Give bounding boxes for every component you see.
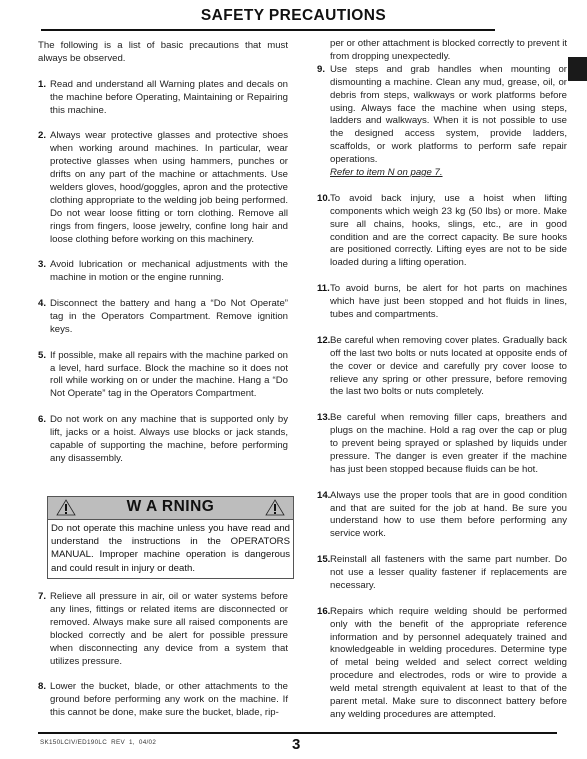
item-text: Read and understand all Warning plates a… [50, 79, 288, 118]
item-number: 9. [317, 64, 325, 77]
precaution-item-12: 12. Be careful when removing cover plate… [317, 335, 567, 400]
item-text: Repairs which require welding should be … [330, 606, 567, 722]
precaution-item-14: 14. Always use the proper tools that are… [317, 490, 567, 542]
item-text: To avoid burns, be alert for hot parts o… [330, 283, 567, 322]
item-text: Reinstall all fasteners with the same pa… [330, 554, 567, 593]
precaution-item-7: 7. Relieve all pressure in air, oil or w… [38, 591, 288, 668]
item-number: 7. [38, 591, 46, 604]
item-number: 5. [38, 350, 46, 363]
precaution-item-4: 4. Disconnect the battery and hang a “Do… [38, 298, 288, 337]
item-text: Always wear protective glasses and prote… [50, 130, 288, 246]
item-text: Disconnect the battery and hang a “Do No… [50, 298, 288, 337]
section-thumb-tab [568, 57, 587, 81]
item-text: If possible, make all repairs with the m… [50, 350, 288, 402]
page-number: 3 [292, 736, 300, 753]
item-text: To avoid back injury, use a hoist when l… [330, 193, 567, 270]
item-number: 14. [317, 490, 330, 503]
item-number: 8. [38, 681, 46, 694]
item-text: Be careful when removing filler caps, br… [330, 412, 567, 477]
item-text: Avoid lubrication or mechanical adjustme… [50, 259, 288, 285]
item-number: 15. [317, 554, 330, 567]
precaution-item-13: 13. Be careful when removing filler caps… [317, 412, 567, 477]
left-column: The following is a list of basic precaut… [38, 40, 288, 479]
precaution-item-2: 2. Always wear protective glasses and pr… [38, 130, 288, 246]
precaution-item-11: 11. To avoid burns, be alert for hot par… [317, 283, 567, 322]
item-8-continuation: per or other attachment is blocked corre… [317, 38, 567, 64]
precaution-item-5: 5. If possible, make all repairs with th… [38, 350, 288, 402]
intro-paragraph: The following is a list of basic precaut… [38, 40, 288, 66]
item-number: 2. [38, 130, 46, 143]
item-text: Always use the proper tools that are in … [330, 490, 567, 542]
precaution-item-3: 3. Avoid lubrication or mechanical adjus… [38, 259, 288, 285]
page-title: SAFETY PRECAUTIONS [0, 7, 587, 25]
item-number: 10. [317, 193, 330, 206]
item-number: 4. [38, 298, 46, 311]
left-column-lower: 7. Relieve all pressure in air, oil or w… [38, 591, 288, 733]
precaution-item-16: 16. Repairs which require welding should… [317, 606, 567, 722]
cross-reference-link[interactable]: Refer to item N on page 7. [330, 167, 567, 180]
precaution-item-9: 9. Use steps and grab handles when mount… [317, 64, 567, 180]
precaution-item-10: 10. To avoid back injury, use a hoist wh… [317, 193, 567, 270]
item-text: Lower the bucket, blade, or other attach… [50, 681, 288, 720]
document-id: SK150LCIV/ED190LC REV 1, 04/02 [40, 739, 156, 746]
precaution-item-8: 8. Lower the bucket, blade, or other att… [38, 681, 288, 720]
item-number: 12. [317, 335, 330, 348]
warning-box: W A RNING Do not operate this machine un… [47, 496, 294, 579]
warning-header: W A RNING [48, 497, 293, 520]
precaution-item-6: 6. Do not work on any machine that is su… [38, 414, 288, 466]
right-column: per or other attachment is blocked corre… [317, 38, 567, 735]
item-text: Be careful when removing cover plates. G… [330, 335, 567, 400]
precaution-item-1: 1. Read and understand all Warning plate… [38, 79, 288, 118]
item-number: 1. [38, 79, 46, 92]
item-text: Relieve all pressure in air, oil or wate… [50, 591, 288, 668]
item-text: Use steps and grab handles when mounting… [330, 64, 567, 167]
precaution-item-15: 15. Reinstall all fasteners with the sam… [317, 554, 567, 593]
item-number: 16. [317, 606, 330, 619]
item-number: 11. [317, 283, 330, 296]
item-number: 3. [38, 259, 46, 272]
item-number: 13. [317, 412, 330, 425]
item-text: Do not work on any machine that is suppo… [50, 414, 288, 466]
warning-title: W A RNING [48, 498, 293, 516]
warning-triangle-icon [265, 499, 285, 516]
title-divider [41, 29, 495, 31]
footer-divider [38, 732, 557, 734]
item-number: 6. [38, 414, 46, 427]
warning-text: Do not operate this machine unless you h… [48, 520, 293, 578]
